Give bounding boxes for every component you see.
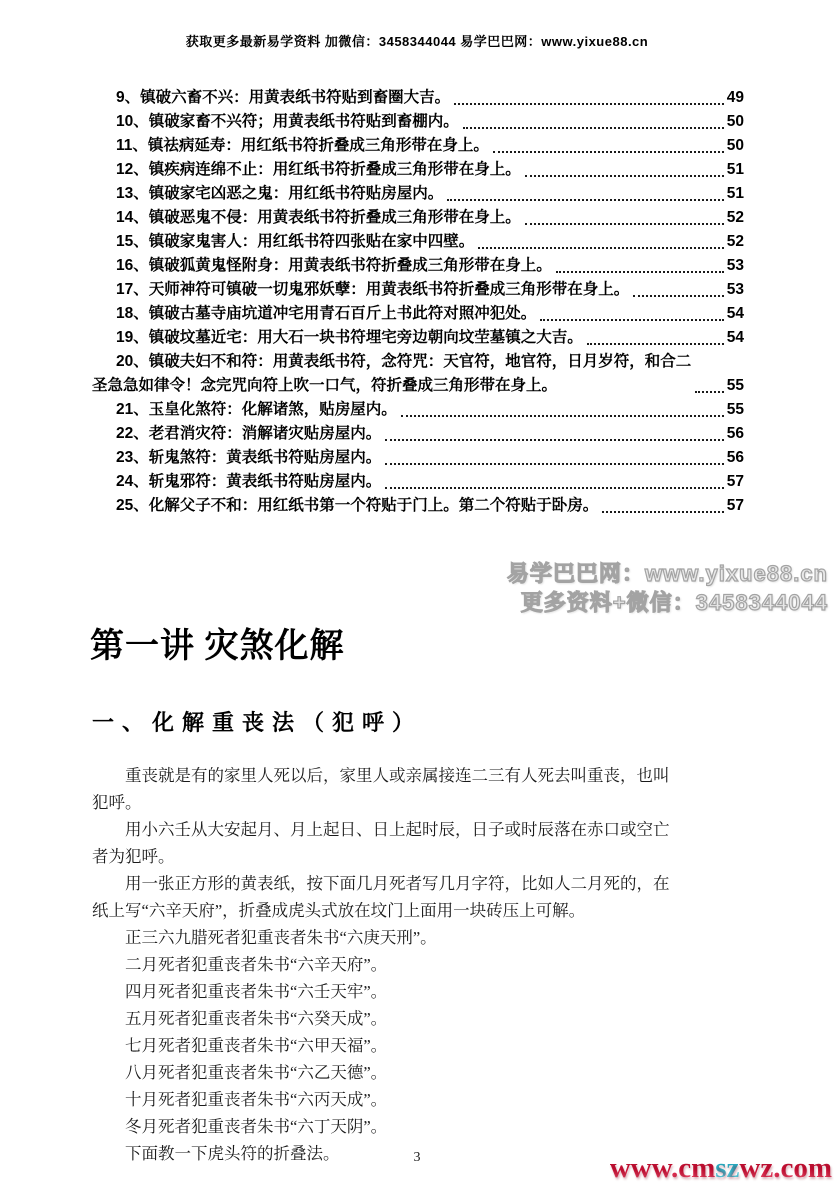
toc-page-number: 50: [727, 134, 744, 158]
body-paragraph: 二月死者犯重丧者朱书“六辛天府”。: [92, 951, 744, 978]
toc-page-number: 55: [727, 374, 744, 398]
toc-entry[interactable]: 25、化解父子不和：用红纸书第一个符贴于门上。第二个符贴于卧房。 57: [92, 494, 744, 518]
toc-entry-text: 12、镇疾病连绵不止：用红纸书符折叠成三角形带在身上。: [92, 158, 521, 182]
toc-entry[interactable]: 12、镇疾病连绵不止：用红纸书符折叠成三角形带在身上。 51: [92, 158, 744, 182]
toc-entry[interactable]: 13、镇破家宅凶恶之鬼：用红纸书符贴房屋内。 51: [92, 182, 744, 206]
toc-entry[interactable]: 9、镇破六畜不兴：用黄表纸书符贴到畜圈大吉。 49: [92, 86, 744, 110]
toc-entry[interactable]: 14、镇破恶鬼不侵：用黄表纸书符折叠成三角形带在身上。 52: [92, 206, 744, 230]
toc-page-number: 52: [727, 206, 744, 230]
toc-entry-text: 17、天师神符可镇破一切鬼邪妖孽：用黄表纸书符折叠成三角形带在身上。: [92, 278, 629, 302]
toc-page-number: 53: [727, 254, 744, 278]
body-text: 重丧就是有的家里人死以后，家里人或亲属接连二三有人死去叫重丧，也叫 犯呼。用小六…: [92, 762, 744, 1167]
toc-leader-dots: [587, 343, 724, 345]
body-paragraph: 冬月死者犯重丧者朱书“六丁天阴”。: [92, 1113, 744, 1140]
toc-leader-dots: [493, 151, 724, 153]
chapter-title: 第一讲 灾煞化解: [90, 618, 345, 667]
toc-entry-text: 13、镇破家宅凶恶之鬼：用红纸书符贴房屋内。: [92, 182, 443, 206]
toc-entry-text: 22、老君消灾符：消解诸灾贴房屋内。: [92, 422, 381, 446]
toc-page-number: 57: [727, 470, 744, 494]
toc-page-number: 50: [727, 110, 744, 134]
toc-page-number: 51: [727, 158, 744, 182]
toc-entry[interactable]: 11、镇祛病延寿：用红纸书符折叠成三角形带在身上。 50: [92, 134, 744, 158]
toc-entry[interactable]: 20、镇破夫妇不和符：用黄表纸书符，念符咒：天官符，地官符，日月岁符，和合二 圣…: [92, 350, 744, 398]
toc-leader-dots: [633, 295, 724, 297]
body-paragraph: 七月死者犯重丧者朱书“六甲天福”。: [92, 1032, 744, 1059]
body-paragraph: 十月死者犯重丧者朱书“六丙天成”。: [92, 1086, 744, 1113]
toc-leader-dots: [556, 271, 724, 273]
red-watermark-part3: wz.com: [739, 1152, 832, 1184]
gray-watermark-line2: 更多资料+微信：3458344044: [507, 588, 828, 617]
body-paragraph: 用一张正方形的黄表纸，按下面几月死者写几月字符，比如人二月死的，在 纸上写“六辛…: [92, 870, 744, 924]
red-watermark-part2: sz: [715, 1152, 739, 1184]
toc-entry-text: 18、镇破古墓寺庙坑道冲宅用青石百斤上书此符对照冲犯处。: [92, 302, 536, 326]
toc-entry-text: 24、斩鬼邪符：黄表纸书符贴房屋内。: [92, 470, 381, 494]
body-paragraph: 用小六壬从大安起月、月上起日、日上起时辰，日子或时辰落在赤口或空亡 者为犯呼。: [92, 816, 744, 870]
toc-page-number: 56: [727, 422, 744, 446]
table-of-contents: 9、镇破六畜不兴：用黄表纸书符贴到畜圈大吉。 49 10、镇破家畜不兴符；用黄表…: [92, 86, 744, 518]
toc-leader-dots: [540, 319, 724, 321]
body-paragraph: 重丧就是有的家里人死以后，家里人或亲属接连二三有人死去叫重丧，也叫 犯呼。: [92, 762, 744, 816]
toc-entry-text: 15、镇破家鬼害人：用红纸书符四张贴在家中四壁。: [92, 230, 474, 254]
page-header-text: 获取更多最新易学资料 加微信：3458344044 易学巴巴网：www.yixu…: [0, 31, 834, 50]
toc-page-number: 52: [727, 230, 744, 254]
toc-page-number: 53: [727, 278, 744, 302]
section-title: 一、化解重丧法（犯呼）: [92, 706, 422, 737]
toc-leader-dots: [525, 223, 724, 225]
toc-entry[interactable]: 19、镇破坟墓近宅：用大石一块书符埋宅旁边朝向坟茔墓镇之大吉。 54: [92, 326, 744, 350]
document-page: 获取更多最新易学资料 加微信：3458344044 易学巴巴网：www.yixu…: [0, 0, 834, 1187]
toc-entry[interactable]: 18、镇破古墓寺庙坑道冲宅用青石百斤上书此符对照冲犯处。 54: [92, 302, 744, 326]
toc-page-number: 56: [727, 446, 744, 470]
toc-page-number: 57: [727, 494, 744, 518]
body-paragraph: 正三六九腊死者犯重丧者朱书“六庚天刑”。: [92, 924, 744, 951]
gray-watermark-line1: 易学巴巴网：www.yixue88.cn: [507, 559, 828, 588]
toc-entry[interactable]: 15、镇破家鬼害人：用红纸书符四张贴在家中四壁。 52: [92, 230, 744, 254]
toc-entry[interactable]: 10、镇破家畜不兴符；用黄表纸书符贴到畜棚内。 50: [92, 110, 744, 134]
toc-page-number: 55: [727, 398, 744, 422]
toc-leader-dots: [447, 199, 724, 201]
toc-entry-text: 9、镇破六畜不兴：用黄表纸书符贴到畜圈大吉。: [92, 86, 450, 110]
toc-leader-dots: [385, 487, 724, 489]
toc-entry-text: 21、玉皇化煞符：化解诸煞，贴房屋内。: [92, 398, 397, 422]
toc-entry-text: 16、镇破狐黄鬼怪附身：用黄表纸书符折叠成三角形带在身上。: [92, 254, 552, 278]
body-paragraph: 五月死者犯重丧者朱书“六癸天成”。: [92, 1005, 744, 1032]
toc-leader-dots: [385, 463, 724, 465]
toc-page-number: 49: [727, 86, 744, 110]
toc-entry-text: 14、镇破恶鬼不侵：用黄表纸书符折叠成三角形带在身上。: [92, 206, 521, 230]
toc-entry[interactable]: 17、天师神符可镇破一切鬼邪妖孽：用黄表纸书符折叠成三角形带在身上。 53: [92, 278, 744, 302]
toc-leader-dots: [695, 391, 724, 393]
toc-entry-text: 25、化解父子不和：用红纸书第一个符贴于门上。第二个符贴于卧房。: [92, 494, 598, 518]
toc-entry-text: 10、镇破家畜不兴符；用黄表纸书符贴到畜棚内。: [92, 110, 459, 134]
toc-leader-dots: [602, 511, 724, 513]
red-watermark-url[interactable]: www.cmszwz.com: [610, 1154, 832, 1183]
toc-entry-text: 20、镇破夫妇不和符：用黄表纸书符，念符咒：天官符，地官符，日月岁符，和合二 圣…: [92, 350, 691, 398]
red-watermark-part1: www.cm: [610, 1152, 716, 1184]
toc-leader-dots: [454, 103, 724, 105]
toc-entry-text: 23、斩鬼煞符：黄表纸书符贴房屋内。: [92, 446, 381, 470]
toc-leader-dots: [385, 439, 724, 441]
toc-entry[interactable]: 23、斩鬼煞符：黄表纸书符贴房屋内。 56: [92, 446, 744, 470]
toc-leader-dots: [478, 247, 724, 249]
toc-page-number: 54: [727, 302, 744, 326]
body-paragraph: 八月死者犯重丧者朱书“六乙天德”。: [92, 1059, 744, 1086]
toc-entry[interactable]: 22、老君消灾符：消解诸灾贴房屋内。 56: [92, 422, 744, 446]
toc-entry-text: 11、镇祛病延寿：用红纸书符折叠成三角形带在身上。: [92, 134, 489, 158]
toc-entry[interactable]: 21、玉皇化煞符：化解诸煞，贴房屋内。 55: [92, 398, 744, 422]
toc-entry-text: 19、镇破坟墓近宅：用大石一块书符埋宅旁边朝向坟茔墓镇之大吉。: [92, 326, 583, 350]
toc-page-number: 54: [727, 326, 744, 350]
body-paragraph: 四月死者犯重丧者朱书“六壬天牢”。: [92, 978, 744, 1005]
toc-leader-dots: [525, 175, 724, 177]
toc-entry[interactable]: 16、镇破狐黄鬼怪附身：用黄表纸书符折叠成三角形带在身上。 53: [92, 254, 744, 278]
toc-entry[interactable]: 24、斩鬼邪符：黄表纸书符贴房屋内。 57: [92, 470, 744, 494]
toc-page-number: 51: [727, 182, 744, 206]
toc-leader-dots: [401, 415, 724, 417]
gray-watermark: 易学巴巴网：www.yixue88.cn 更多资料+微信：3458344044: [507, 559, 828, 617]
toc-leader-dots: [463, 127, 724, 129]
